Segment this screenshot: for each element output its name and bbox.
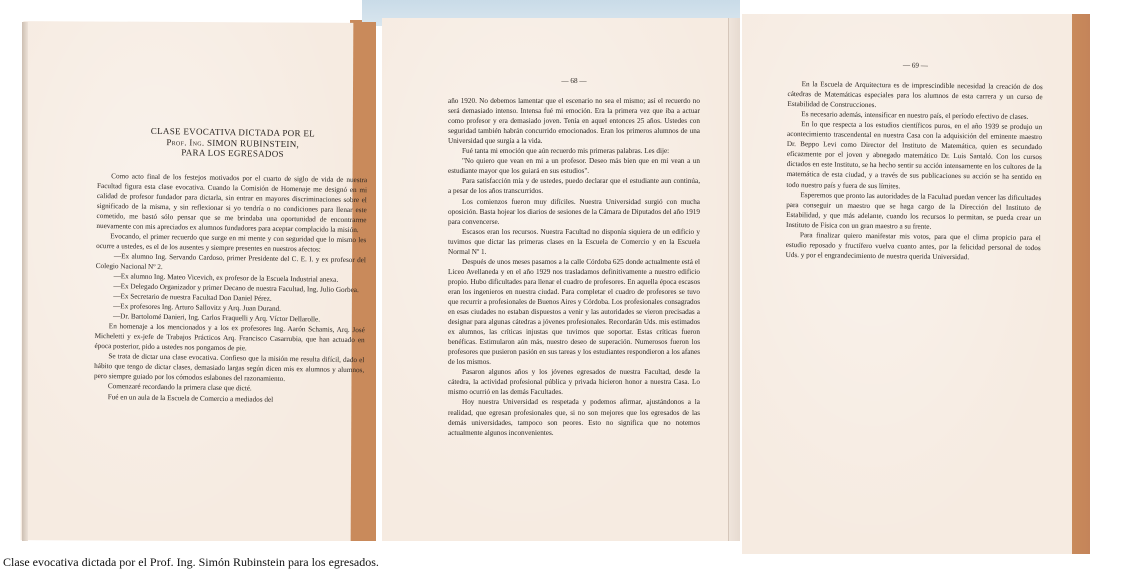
paragraph: Después de unos meses pasamos a la calle… (448, 257, 700, 368)
paragraph: Escasos eran los recursos. Nuestra Facul… (448, 227, 700, 257)
paragraph: Para satisfacción mía y de ustedes, pued… (448, 176, 700, 196)
book-spine-shadow (22, 22, 28, 541)
quote-paragraph: "No quiero que vean en mi a un profesor.… (448, 156, 700, 176)
paragraph: Esperemos que pronto las autoridades de … (786, 190, 1041, 233)
page-69-text: — 69 — En la Escuela de Arquitectura es … (786, 59, 1043, 263)
paragraph: En homenaje a los mencionados y a los ex… (94, 321, 364, 355)
paragraph: Se trata de dictar una clase evocativa. … (94, 351, 364, 385)
page-68-text: — 68 — año 1920. No debemos lamentar que… (448, 76, 700, 438)
paragraph: En la Escuela de Arquitectura es de impr… (787, 79, 1042, 112)
paragraph: Para finalizar quiero manifestar mis vot… (786, 230, 1041, 263)
paragraph: Hoy nuestra Universidad es respetada y p… (448, 397, 700, 437)
page-number: — 68 — (448, 76, 700, 86)
paragraph: En lo que respecta a los estudios cientí… (786, 119, 1042, 192)
article-title: CLASE EVOCATIVA DICTADA POR EL Prof. Ing… (98, 125, 368, 161)
page-edge (728, 18, 740, 541)
page-1-text: CLASE EVOCATIVA DICTADA POR EL Prof. Ing… (94, 125, 368, 406)
page-number: — 69 — (788, 59, 1043, 72)
paragraph: Fué tanta mi emoción que aún recuerdo mi… (448, 146, 700, 156)
figure-caption: Clase evocativa dictada por el Prof. Ing… (3, 555, 379, 570)
paragraph: Pasaron algunos años y los jóvenes egres… (448, 367, 700, 397)
paragraph: Como acto final de los festejos motivado… (96, 170, 367, 235)
paragraph: año 1920. No debemos lamentar que el esc… (448, 96, 700, 146)
paragraph: Los comienzos fueron muy difíciles. Nues… (448, 197, 700, 227)
